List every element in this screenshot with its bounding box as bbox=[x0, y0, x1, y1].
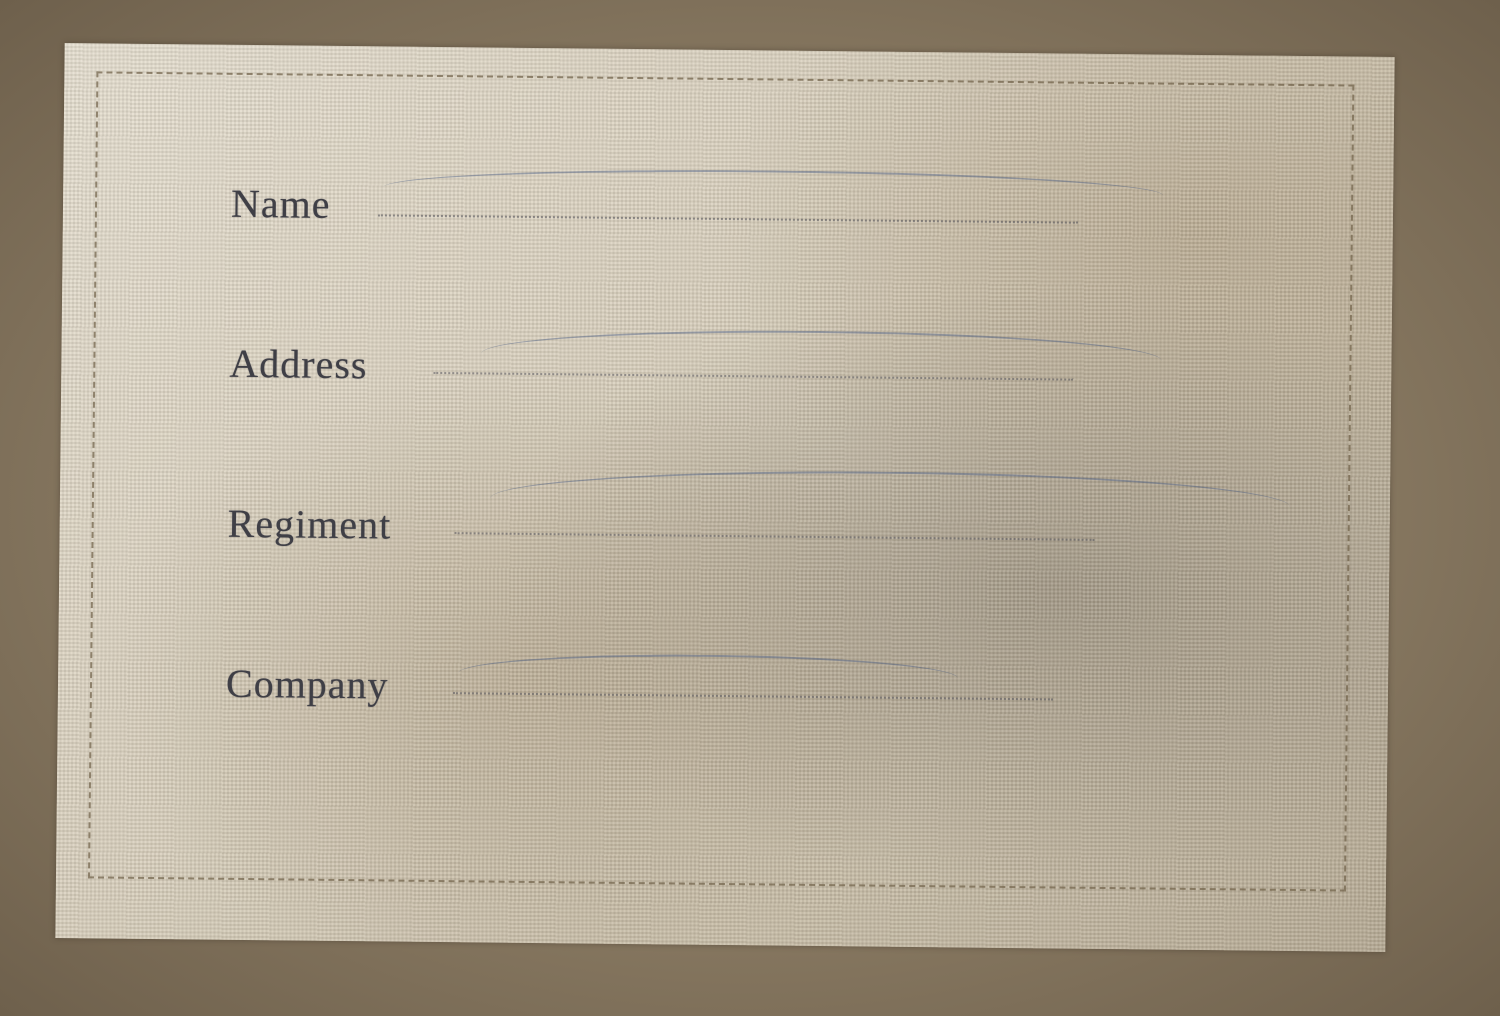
field-name-label: Name bbox=[231, 180, 331, 228]
field-address-label: Address bbox=[229, 340, 368, 388]
fabric-label: Name Address Regiment Company bbox=[55, 43, 1394, 952]
field-company-label: Company bbox=[226, 660, 389, 709]
field-regiment-label: Regiment bbox=[227, 500, 391, 549]
